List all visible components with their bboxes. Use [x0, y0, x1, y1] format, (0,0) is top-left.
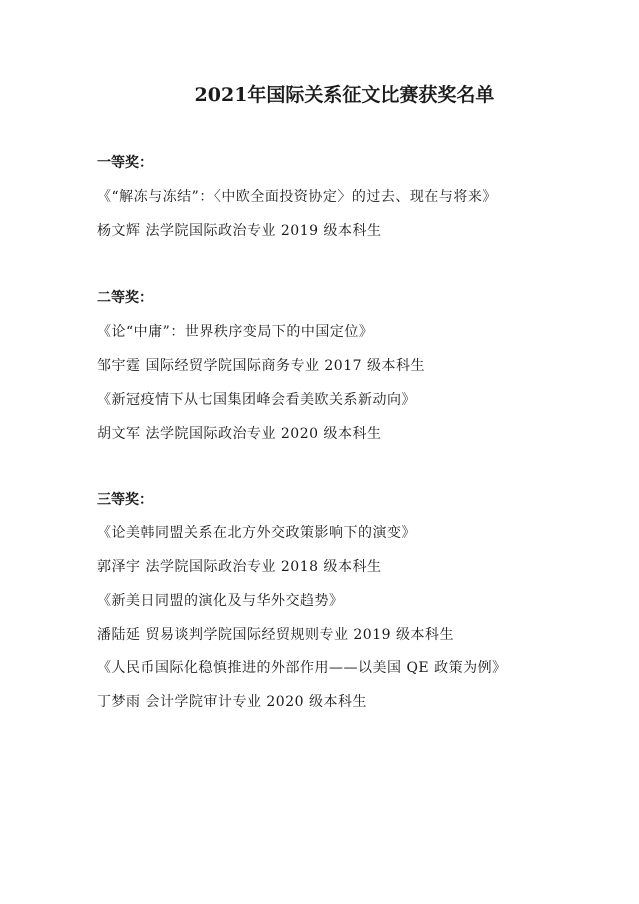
work-title: 《论“中庸”：世界秩序变局下的中国定位》: [97, 321, 373, 341]
author-info: 胡文军 法学院国际政治专业 2020 级本科生: [97, 423, 381, 443]
author-info: 丁梦雨 会计学院审计专业 2020 级本科生: [97, 691, 367, 711]
work-title: 《新冠疫情下从七国集团峰会看美欧关系新动向》: [97, 389, 416, 409]
work-title: 《人民币国际化稳慎推进的外部作用——以美国 QE 政策为例》: [97, 657, 507, 677]
work-title: 《“解冻与冻结”：〈中欧全面投资协定〉的过去、现在与将来》: [97, 186, 497, 206]
work-title: 《新美日同盟的演化及与华外交趋势》: [97, 590, 344, 610]
section-heading-second-prize: 二等奖：: [97, 287, 153, 307]
page-title: 2021年国际关系征文比赛获奖名单: [0, 80, 639, 107]
section-heading-first-prize: 一等奖：: [97, 152, 153, 172]
author-info: 邹宇霆 国际经贸学院国际商务专业 2017 级本科生: [97, 355, 425, 375]
author-info: 潘陆延 贸易谈判学院国际经贸规则专业 2019 级本科生: [97, 624, 454, 644]
author-info: 郭泽宇 法学院国际政治专业 2018 级本科生: [97, 556, 381, 576]
author-info: 杨文辉 法学院国际政治专业 2019 级本科生: [97, 220, 381, 240]
section-heading-third-prize: 三等奖：: [97, 489, 153, 509]
work-title: 《论美韩同盟关系在北方外交政策影响下的演变》: [97, 522, 416, 542]
